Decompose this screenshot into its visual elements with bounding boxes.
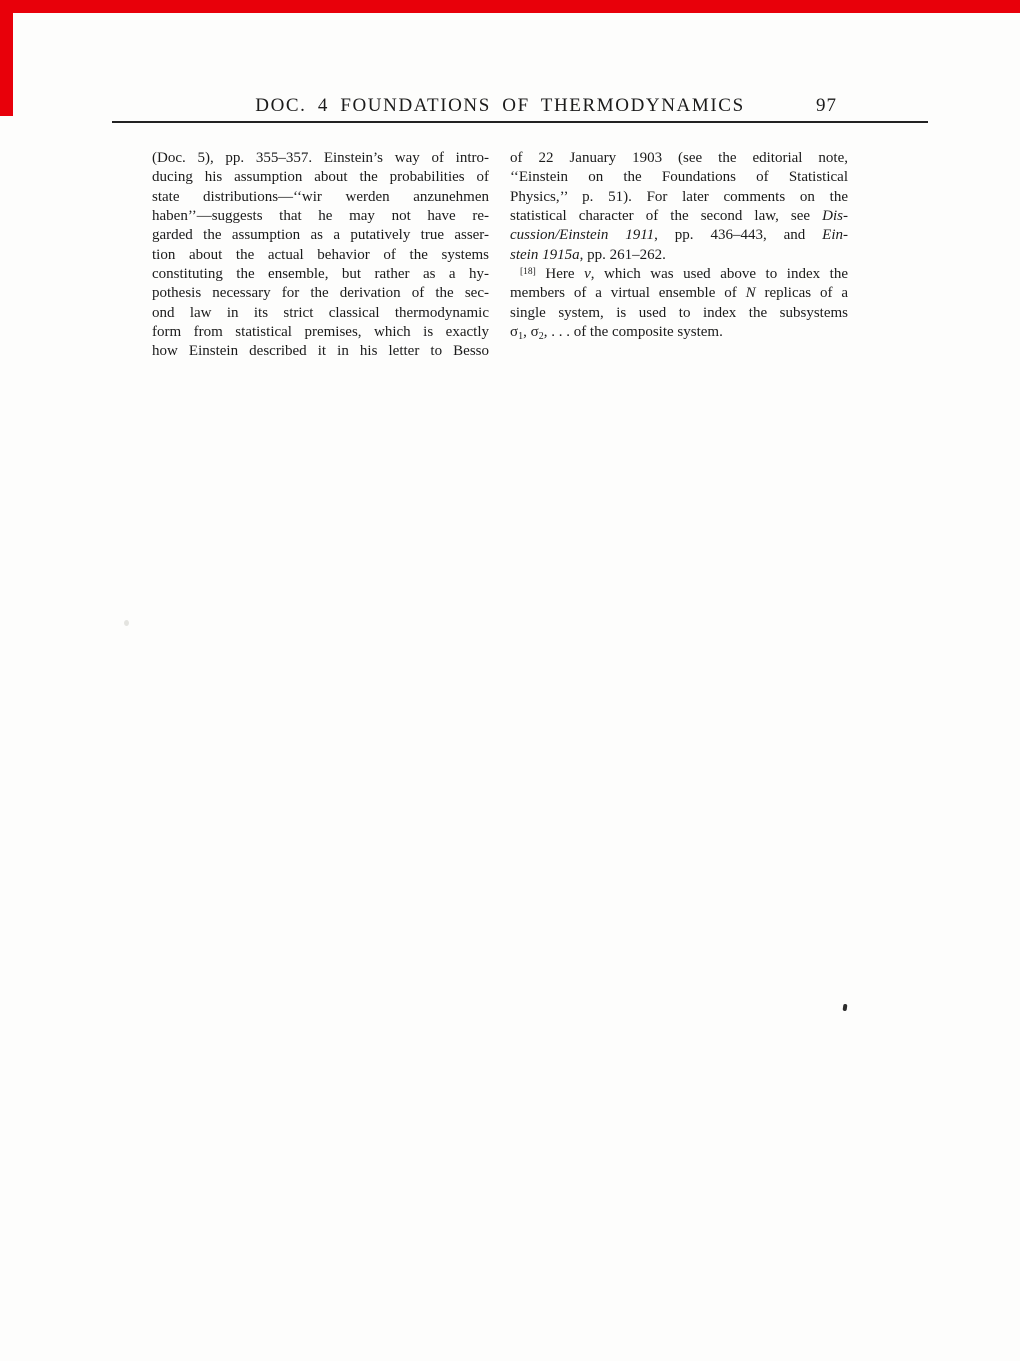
subscript: 1 <box>518 331 523 342</box>
text-line: pothesis necessary for the derivation of… <box>152 284 489 303</box>
scanned-book-page: { "header": { "title": "DOC. 4 FOUNDATIO… <box>0 0 1020 1361</box>
text-run: , σ <box>523 324 539 340</box>
paragraph: of 22 January 1903 (see the editorial no… <box>510 149 848 265</box>
paragraph: (Doc. 5), pp. 355–357. Einstein’s way of… <box>152 149 489 362</box>
text-run: replicas of a <box>756 285 848 301</box>
text-run: , which was used above to index the <box>591 266 848 282</box>
text-line: garded the assumption as a putatively tr… <box>152 226 489 245</box>
text-run: of 22 January 1903 (see the editorial no… <box>510 150 848 166</box>
text-run: garded the assumption as a putatively tr… <box>152 227 489 243</box>
text-run: , pp. 436–443, and <box>654 227 822 243</box>
text-line: [18] Here ν, which was used above to ind… <box>510 265 848 284</box>
running-head-title: DOC. 4 FOUNDATIONS OF THERMODYNAMICS <box>255 95 745 116</box>
text-line: ond law in its strict classical thermody… <box>152 304 489 323</box>
text-run: state distributions—‘‘wir werden anzuneh… <box>152 189 489 205</box>
paragraph: [18] Here ν, which was used above to ind… <box>510 265 848 342</box>
text-run: , . . . of the composite system. <box>544 324 723 340</box>
text-run: form from statistical premises, which is… <box>152 324 489 340</box>
text-run: Here <box>536 266 584 282</box>
text-line: of 22 January 1903 (see the editorial no… <box>510 149 848 168</box>
subscript: 2 <box>539 331 544 342</box>
text-run: N <box>746 285 756 301</box>
book-page: DOC. 4 FOUNDATIONS OF THERMODYNAMICS 97 … <box>0 0 1020 1361</box>
text-line: σ1, σ2, . . . of the composite system. <box>510 323 848 342</box>
text-line: form from statistical premises, which is… <box>152 323 489 342</box>
left-column: (Doc. 5), pp. 355–357. Einstein’s way of… <box>152 149 489 362</box>
text-line: ‘‘Einstein on the Foundations of Statist… <box>510 168 848 187</box>
text-run: constituting the ensemble, but rather as… <box>152 266 489 282</box>
page-number: 97 <box>816 95 837 117</box>
text-run: ν <box>584 266 591 282</box>
running-head: DOC. 4 FOUNDATIONS OF THERMODYNAMICS <box>0 95 1000 117</box>
text-run: Ein- <box>822 227 848 243</box>
text-line: statistical character of the second law,… <box>510 207 848 226</box>
text-line: haben’’—suggests that he may not have re… <box>152 207 489 226</box>
text-line: tion about the actual behavior of the sy… <box>152 246 489 265</box>
scan-speck-dark <box>843 1004 848 1011</box>
text-run: Dis- <box>822 208 848 224</box>
text-run: , pp. 261–262. <box>580 247 666 263</box>
footnote-marker: [18] <box>520 267 536 277</box>
text-run: how Einstein described it in his letter … <box>152 343 489 359</box>
scan-speck-faint <box>124 620 129 626</box>
text-line: (Doc. 5), pp. 355–357. Einstein’s way of… <box>152 149 489 168</box>
text-line: how Einstein described it in his letter … <box>152 342 489 361</box>
text-run: tion about the actual behavior of the sy… <box>152 247 489 263</box>
text-run: statistical character of the second law,… <box>510 208 822 224</box>
header-rule <box>112 121 928 123</box>
text-run: (Doc. 5), pp. 355–357. Einstein’s way of… <box>152 150 489 166</box>
text-run: haben’’—suggests that he may not have re… <box>152 208 489 224</box>
text-line: stein 1915a, pp. 261–262. <box>510 246 848 265</box>
text-run: cussion/Einstein 1911 <box>510 227 654 243</box>
right-column: of 22 January 1903 (see the editorial no… <box>510 149 848 342</box>
text-run: members of a virtual ensemble of <box>510 285 746 301</box>
text-run: σ <box>510 324 518 340</box>
text-run: single system, is used to index the subs… <box>510 305 848 321</box>
scan-artifact-red-top-bar <box>0 0 1020 13</box>
text-line: Physics,’’ p. 51). For later comments on… <box>510 188 848 207</box>
text-run: ‘‘Einstein on the Foundations of Statist… <box>510 169 848 185</box>
text-run: pothesis necessary for the derivation of… <box>152 285 489 301</box>
text-line: cussion/Einstein 1911, pp. 436–443, and … <box>510 226 848 245</box>
text-run: ond law in its strict classical thermody… <box>152 305 489 321</box>
text-line: ducing his assumption about the probabil… <box>152 168 489 187</box>
text-line: state distributions—‘‘wir werden anzuneh… <box>152 188 489 207</box>
text-run: Physics,’’ p. 51). For later comments on… <box>510 189 848 205</box>
text-line: members of a virtual ensemble of N repli… <box>510 284 848 303</box>
text-run: stein 1915a <box>510 247 580 263</box>
text-line: single system, is used to index the subs… <box>510 304 848 323</box>
text-run: ducing his assumption about the probabil… <box>152 169 489 185</box>
text-line: constituting the ensemble, but rather as… <box>152 265 489 284</box>
